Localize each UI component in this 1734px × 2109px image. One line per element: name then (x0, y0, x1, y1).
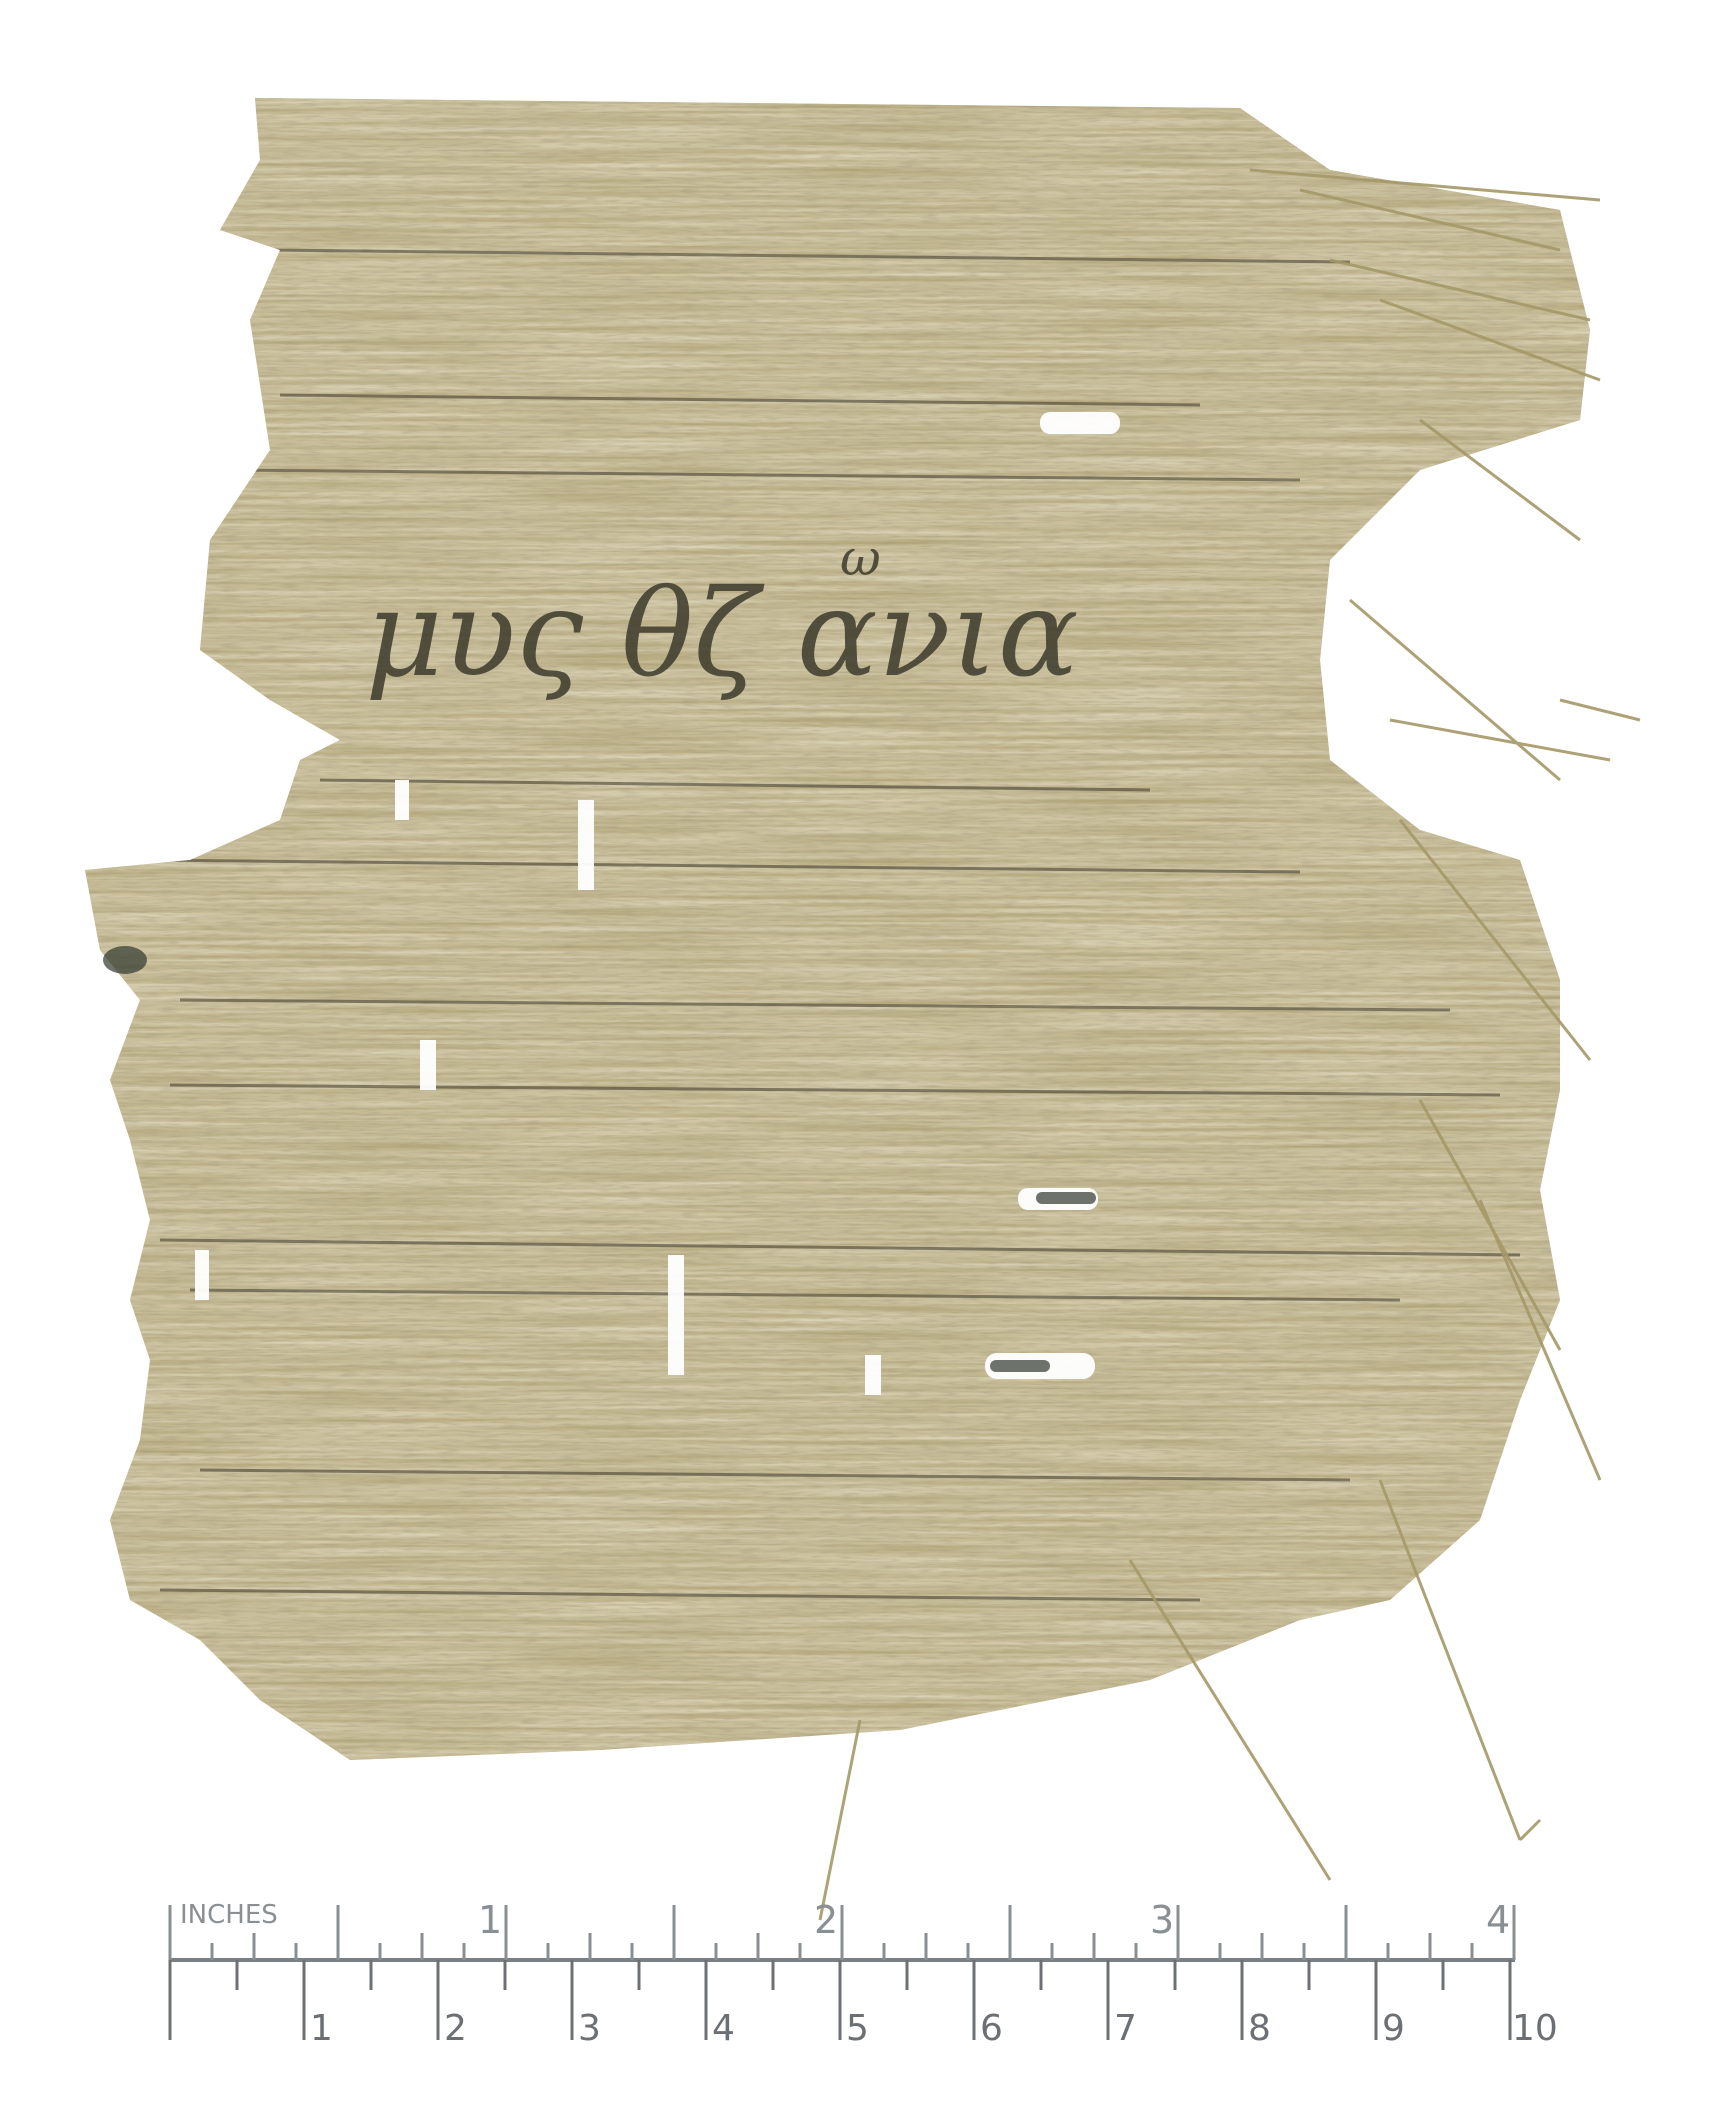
inch-label-2: 2 (814, 1898, 838, 1942)
cm-label-8: 8 (1248, 2008, 1271, 2049)
cm-label-3: 3 (578, 2008, 601, 2049)
cm-label-6: 6 (980, 2008, 1003, 2049)
cm-label-10: 10 (1512, 2008, 1558, 2049)
inscription-superscript: ω (840, 529, 881, 587)
cm-label-9: 9 (1382, 2008, 1405, 2049)
inch-label-1: 1 (478, 1898, 502, 1942)
scale-ruler: INCHES 1 2 3 4 1 2 3 4 5 6 7 8 (170, 1898, 1558, 2049)
cm-label-7: 7 (1114, 2008, 1137, 2049)
cm-label-5: 5 (846, 2008, 869, 2049)
inch-label-4: 4 (1486, 1898, 1510, 1942)
papyrus-sheet (0, 0, 1734, 1800)
inscription-text: μυς θζ ανια (365, 565, 1079, 704)
inches-label: INCHES (180, 1900, 278, 1930)
cm-label-1: 1 (310, 2008, 333, 2049)
cm-label-2: 2 (444, 2008, 467, 2049)
inch-ticks (170, 1905, 1514, 1960)
cm-label-4: 4 (712, 2008, 735, 2049)
cm-ticks (170, 1960, 1510, 2040)
papyrus-photo: μυς θζ ανια ω INCHES 1 2 3 4 (0, 0, 1734, 2109)
inch-label-3: 3 (1150, 1898, 1174, 1942)
